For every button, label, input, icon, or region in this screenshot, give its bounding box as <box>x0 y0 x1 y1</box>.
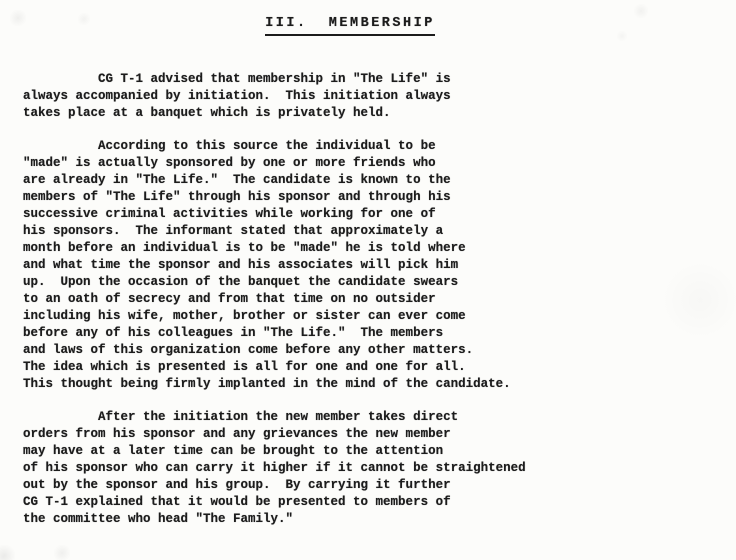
text-line: This thought being firmly implanted in t… <box>23 376 726 393</box>
paragraph: CG T-1 advised that membership in "The L… <box>23 71 726 122</box>
text-line: and laws of this organization come befor… <box>23 342 726 359</box>
title-row: III. MEMBERSHIP <box>0 15 736 36</box>
text-line: always accompanied by initiation. This i… <box>23 88 726 105</box>
text-line: including his wife, mother, brother or s… <box>23 308 726 325</box>
document-body: CG T-1 advised that membership in "The L… <box>23 71 726 544</box>
paragraph: According to this source the individual … <box>23 138 726 393</box>
text-line: "made" is actually sponsored by one or m… <box>23 155 726 172</box>
paragraph: After the initiation the new member take… <box>23 409 726 528</box>
text-line: CG T-1 explained that it would be presen… <box>23 494 726 511</box>
text-line: to an oath of secrecy and from that time… <box>23 291 726 308</box>
text-line: After the initiation the new member take… <box>23 409 726 426</box>
text-line: members of "The Life" through his sponso… <box>23 189 726 206</box>
text-line: month before an individual is to be "mad… <box>23 240 726 257</box>
text-line: the committee who head "The Family." <box>23 511 726 528</box>
text-line: successive criminal activities while wor… <box>23 206 726 223</box>
text-line: out by the sponsor and his group. By car… <box>23 477 726 494</box>
text-line: According to this source the individual … <box>23 138 726 155</box>
text-line: may have at a later time can be brought … <box>23 443 726 460</box>
section-title: III. MEMBERSHIP <box>265 15 435 36</box>
text-line: and what time the sponsor and his associ… <box>23 257 726 274</box>
text-line: orders from his sponsor and any grievanc… <box>23 426 726 443</box>
text-line: The idea which is presented is all for o… <box>23 359 726 376</box>
text-line: takes place at a banquet which is privat… <box>23 105 726 122</box>
text-line: of his sponsor who can carry it higher i… <box>23 460 726 477</box>
text-line: his sponsors. The informant stated that … <box>23 223 726 240</box>
text-line: up. Upon the occasion of the banquet the… <box>23 274 726 291</box>
text-line: before any of his colleagues in "The Lif… <box>23 325 726 342</box>
text-line: CG T-1 advised that membership in "The L… <box>23 71 726 88</box>
text-line: are already in "The Life." The candidate… <box>23 172 726 189</box>
document-page: III. MEMBERSHIP CG T-1 advised that memb… <box>0 0 736 560</box>
